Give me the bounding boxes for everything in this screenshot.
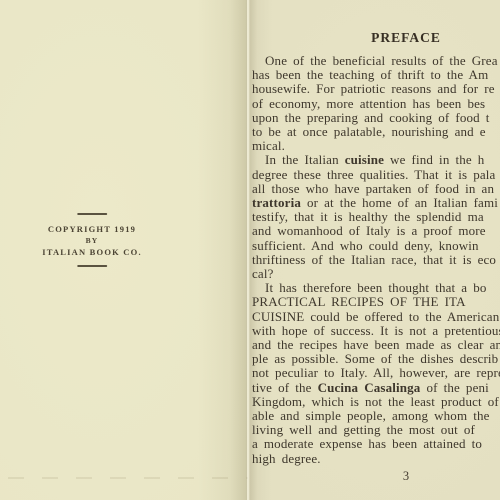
text-line: cal? <box>252 267 500 281</box>
text-line: housewife. For patriotic reasons and for… <box>252 82 500 96</box>
ornamental-rule-bottom <box>77 265 107 267</box>
text-line: upon the preparing and cooking of food t <box>252 111 500 125</box>
text-line: degree these three qualities. That it is… <box>252 168 500 182</box>
text-line: tive of the Cucina Casalinga of the peni <box>252 381 500 395</box>
text-line: and the recipes have been made as clear … <box>252 338 500 352</box>
text-line: sufficient. And who could deny, knowin <box>252 239 500 253</box>
text-line: has been the teaching of thrift to the A… <box>252 68 500 82</box>
text-line: able and simple people, among whom the <box>252 409 500 423</box>
text-line: testify, that it is healthy the splendid… <box>252 210 500 224</box>
text-line: living well and getting the most out of <box>252 423 500 437</box>
text-line: trattoria or at the home of an Italian f… <box>252 196 500 210</box>
preface-body: One of the beneficial results of the Gre… <box>252 54 500 466</box>
text-line: all those who have partaken of food in a… <box>252 182 500 196</box>
page-number: 3 <box>252 469 500 484</box>
copyright-notice: COPYRIGHT 1919 BY ITALIAN BOOK CO. <box>42 213 142 267</box>
text-line: high degree. <box>252 452 500 466</box>
text-line: In the Italian cuisine we find in the h <box>252 153 500 167</box>
text-line: thriftiness of the Italian race, that it… <box>252 253 500 267</box>
scan-smudge <box>8 477 248 479</box>
text-line: and womanhood of Italy is a proof more <box>252 224 500 238</box>
copyright-line: BY <box>42 236 142 245</box>
book-scan: COPYRIGHT 1919 BY ITALIAN BOOK CO. PREFA… <box>0 0 500 500</box>
text-line: Kingdom, which is not the least product … <box>252 395 500 409</box>
text-line: CUISINE could be offered to the American <box>252 310 500 324</box>
text-line: PRACTICAL RECIPES OF THE ITA <box>252 295 500 309</box>
copyright-line: COPYRIGHT 1919 <box>42 224 142 234</box>
text-line: It has therefore been thought that a bo <box>252 281 500 295</box>
text-line: of economy, more attention has been bes <box>252 97 500 111</box>
preface-text-column: PREFACE One of the beneficial results of… <box>252 0 500 484</box>
text-line: ple as possible. Some of the dishes desc… <box>252 352 500 366</box>
preface-page: PREFACE One of the beneficial results of… <box>250 0 500 500</box>
text-line: with hope of success. It is not a preten… <box>252 324 500 338</box>
text-line: One of the beneficial results of the Gre… <box>252 54 500 68</box>
copyright-page: COPYRIGHT 1919 BY ITALIAN BOOK CO. <box>0 0 247 500</box>
copyright-line: ITALIAN BOOK CO. <box>42 247 142 257</box>
text-line: a moderate expense has been attained to <box>252 437 500 451</box>
text-line: not peculiar to Italy. All, however, are… <box>252 366 500 380</box>
ornamental-rule-top <box>77 213 107 215</box>
text-line: to be at once palatable, nourishing and … <box>252 125 500 139</box>
text-line: mical. <box>252 139 500 153</box>
preface-heading: PREFACE <box>252 30 500 45</box>
